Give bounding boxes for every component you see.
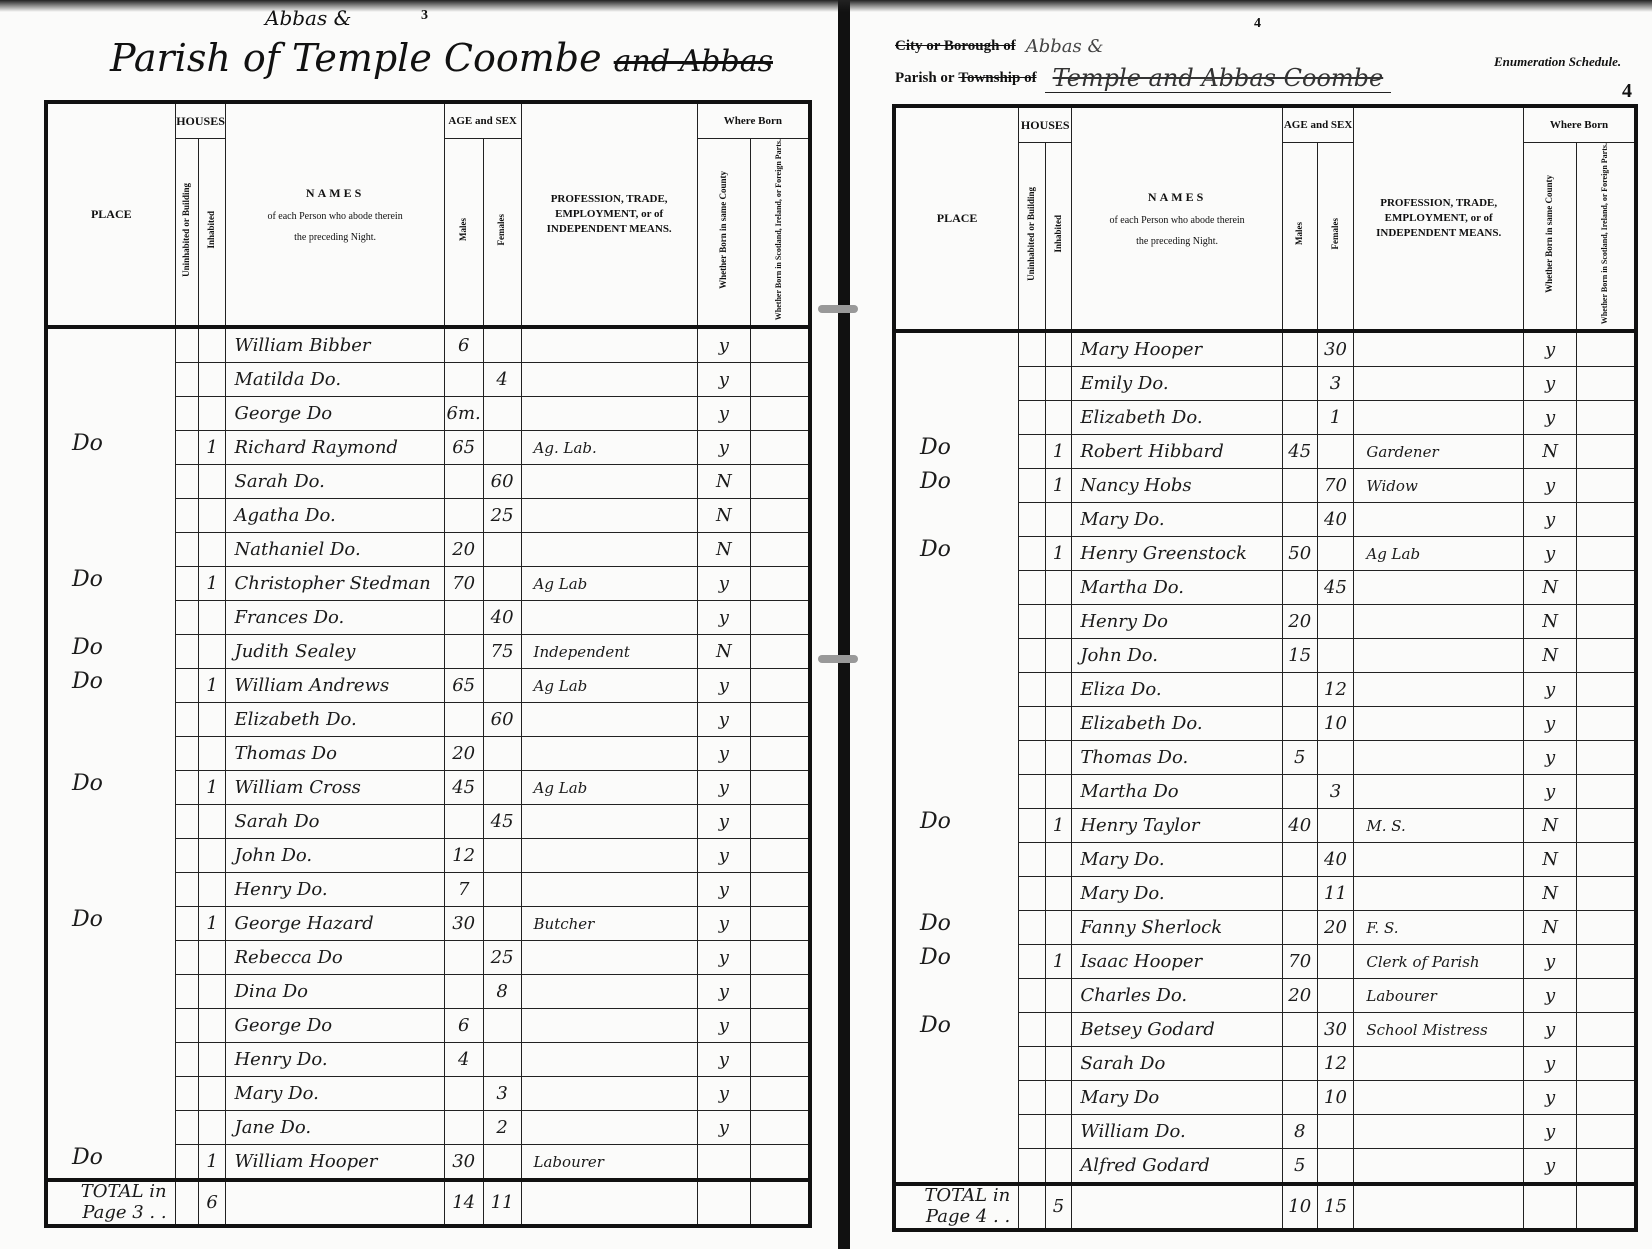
total-inhabited: 5	[1045, 1184, 1072, 1229]
profession-cell	[1354, 673, 1524, 707]
header-names: NAMESof each Person who abode thereinthe…	[1072, 106, 1283, 331]
uninhabited-cell	[175, 327, 198, 363]
born-same-county-cell: y	[1524, 469, 1577, 503]
binding-clip	[818, 655, 858, 663]
born-elsewhere-cell	[1577, 435, 1636, 469]
males-age-cell	[1282, 877, 1317, 911]
census-row: Jane Do.2y	[46, 1111, 810, 1145]
name-cell: Mary Do	[1072, 1081, 1283, 1115]
males-age-cell	[444, 499, 483, 533]
place-cell: Do	[894, 945, 1019, 979]
census-row: Do1Richard Raymond65Ag. Lab.y	[46, 431, 810, 465]
census-row: Do1William Hooper30Labourer	[46, 1145, 810, 1181]
born-elsewhere-cell	[751, 703, 810, 737]
uninhabited-cell	[1019, 673, 1046, 707]
males-age-cell: 20	[444, 737, 483, 771]
uninhabited-cell	[1019, 979, 1046, 1013]
total-females: 15	[1317, 1184, 1354, 1229]
place-cell	[46, 397, 175, 431]
uninhabited-cell	[175, 771, 198, 805]
born-same-county-cell: y	[1524, 741, 1577, 775]
place-cell	[894, 503, 1019, 537]
header-inhabited: Inhabited	[1045, 143, 1072, 332]
place-cell	[46, 1043, 175, 1077]
females-age-cell	[483, 567, 521, 601]
females-age-cell: 40	[1317, 503, 1354, 537]
females-age-cell	[483, 1145, 521, 1181]
uninhabited-cell	[175, 1043, 198, 1077]
name-cell: Isaac Hooper	[1072, 945, 1283, 979]
census-row: Mary Do.3y	[46, 1077, 810, 1111]
born-same-county-cell: y	[1524, 979, 1577, 1013]
females-age-cell	[483, 431, 521, 465]
males-age-cell	[444, 601, 483, 635]
females-age-cell: 12	[1317, 673, 1354, 707]
born-elsewhere-cell	[751, 327, 810, 363]
name-cell: Jane Do.	[226, 1111, 444, 1145]
born-same-county-cell: y	[697, 975, 750, 1009]
census-table-right: PLACE HOUSES NAMESof each Person who abo…	[892, 104, 1638, 1232]
inhabited-cell: 1	[198, 669, 226, 703]
profession-cell: Clerk of Parish	[1354, 945, 1524, 979]
born-elsewhere-cell	[1577, 707, 1636, 741]
females-age-cell	[483, 397, 521, 431]
females-age-cell: 3	[1317, 367, 1354, 401]
city-value: Abbas &	[1026, 36, 1104, 57]
place-cell	[894, 331, 1019, 367]
place-cell	[894, 639, 1019, 673]
inhabited-cell	[198, 1111, 226, 1145]
place-cell	[894, 1081, 1019, 1115]
females-age-cell	[1317, 741, 1354, 775]
name-cell: Sarah Do	[1072, 1047, 1283, 1081]
profession-cell	[521, 499, 697, 533]
place-cell	[46, 327, 175, 363]
inhabited-cell	[198, 1043, 226, 1077]
census-row: Do1Christopher Stedman70Ag Laby	[46, 567, 810, 601]
header-born-elsewhere: Whether Born in Scotland, Ireland, or Fo…	[751, 139, 810, 328]
census-row: Do1Nancy Hobs70Widowy	[894, 469, 1636, 503]
name-cell: Martha Do.	[1072, 571, 1283, 605]
males-age-cell	[1282, 707, 1317, 741]
name-cell: Mary Do.	[1072, 877, 1283, 911]
name-cell: Henry Taylor	[1072, 809, 1283, 843]
place-cell	[46, 1077, 175, 1111]
header-profession: PROFESSION, TRADE, EMPLOYMENT, or of IND…	[1354, 106, 1524, 331]
born-same-county-cell: N	[697, 635, 750, 669]
born-elsewhere-cell	[1577, 809, 1636, 843]
inhabited-cell	[198, 873, 226, 907]
place-cell: Do	[894, 435, 1019, 469]
inhabited-cell	[1045, 331, 1072, 367]
uninhabited-cell	[175, 1111, 198, 1145]
profession-cell: Ag Lab	[1354, 537, 1524, 571]
header-where-born: Where Born	[697, 102, 810, 139]
males-age-cell: 20	[444, 533, 483, 567]
males-age-cell: 70	[1282, 945, 1317, 979]
females-age-cell	[1317, 1115, 1354, 1149]
females-age-cell	[1317, 605, 1354, 639]
header-females: Females	[1317, 143, 1354, 332]
inhabited-cell	[1045, 1115, 1072, 1149]
uninhabited-cell	[1019, 945, 1046, 979]
born-elsewhere-cell	[1577, 673, 1636, 707]
uninhabited-cell	[1019, 1047, 1046, 1081]
males-age-cell	[1282, 1047, 1317, 1081]
males-age-cell	[1282, 571, 1317, 605]
born-same-county-cell: y	[1524, 401, 1577, 435]
females-age-cell	[1317, 945, 1354, 979]
header-where-born: Where Born	[1524, 106, 1636, 143]
place-cell: Do	[894, 469, 1019, 503]
born-same-county-cell: N	[1524, 809, 1577, 843]
name-cell: William Cross	[226, 771, 444, 805]
place-cell	[46, 499, 175, 533]
profession-cell	[1354, 741, 1524, 775]
profession-cell	[521, 465, 697, 499]
name-cell: Emily Do.	[1072, 367, 1283, 401]
total-label-line1: TOTAL in	[48, 1182, 167, 1203]
profession-cell: Ag. Lab.	[521, 431, 697, 465]
total-females: 11	[483, 1180, 521, 1225]
profession-cell: Labourer	[1354, 979, 1524, 1013]
uninhabited-cell	[175, 567, 198, 601]
uninhabited-cell	[175, 533, 198, 567]
place-cell: Do	[46, 635, 175, 669]
uninhabited-cell	[175, 839, 198, 873]
census-row: Do1George Hazard30Butchery	[46, 907, 810, 941]
place-cell: Do	[46, 669, 175, 703]
total-uninhabited	[1019, 1184, 1046, 1229]
females-age-cell: 25	[483, 941, 521, 975]
name-cell: Mary Hooper	[1072, 331, 1283, 367]
uninhabited-cell	[1019, 775, 1046, 809]
born-same-county-cell: y	[1524, 673, 1577, 707]
census-row: Alfred Godard5y	[894, 1149, 1636, 1185]
females-age-cell	[1317, 537, 1354, 571]
names-title: NAMES	[306, 186, 364, 200]
uninhabited-cell	[1019, 1115, 1046, 1149]
females-age-cell	[483, 839, 521, 873]
born-same-county-cell: y	[697, 771, 750, 805]
born-same-county-cell: y	[697, 737, 750, 771]
profession-cell	[1354, 1081, 1524, 1115]
inhabited-cell: 1	[198, 567, 226, 601]
inhabited-cell	[198, 805, 226, 839]
profession-cell	[521, 601, 697, 635]
census-row: Eliza Do.12y	[894, 673, 1636, 707]
born-same-county-cell: y	[697, 601, 750, 635]
profession-cell	[1354, 503, 1524, 537]
females-age-cell	[483, 327, 521, 363]
parish-value: Temple and Abbas Coombe	[1045, 64, 1392, 93]
born-same-county-cell: y	[1524, 1115, 1577, 1149]
females-age-cell: 10	[1317, 707, 1354, 741]
females-age-cell	[483, 873, 521, 907]
profession-cell: Ag Lab	[521, 567, 697, 601]
males-age-cell	[444, 805, 483, 839]
born-same-county-cell: y	[697, 1111, 750, 1145]
parish-label-b: Township of	[958, 70, 1036, 87]
born-same-county-cell: y	[1524, 1081, 1577, 1115]
profession-cell	[1354, 639, 1524, 673]
census-row: Sarah Do.60N	[46, 465, 810, 499]
males-age-cell	[1282, 843, 1317, 877]
census-row: Henry Do20N	[894, 605, 1636, 639]
inhabited-cell	[198, 1009, 226, 1043]
place-cell	[894, 401, 1019, 435]
born-same-county-cell: N	[697, 499, 750, 533]
males-age-cell: 7	[444, 873, 483, 907]
profession-cell	[521, 941, 697, 975]
born-same-county-cell: y	[1524, 503, 1577, 537]
name-cell: Sarah Do	[226, 805, 444, 839]
born-elsewhere-cell	[1577, 1047, 1636, 1081]
left-page-title: Abbas & Parish of Temple Coombe and Abba…	[110, 36, 773, 80]
census-row: George Do6y	[46, 1009, 810, 1043]
inhabited-cell	[1045, 401, 1072, 435]
profession-cell	[1354, 877, 1524, 911]
place-cell	[46, 805, 175, 839]
uninhabited-cell	[175, 1077, 198, 1111]
females-age-cell: 60	[483, 465, 521, 499]
born-same-county-cell: y	[697, 1043, 750, 1077]
profession-cell	[521, 737, 697, 771]
name-cell: George Hazard	[226, 907, 444, 941]
born-elsewhere-cell	[1577, 503, 1636, 537]
place-cell	[46, 975, 175, 1009]
header-inhabited: Inhabited	[198, 139, 226, 328]
profession-cell: Ag Lab	[521, 669, 697, 703]
inhabited-cell	[198, 839, 226, 873]
inhabited-cell	[1045, 741, 1072, 775]
born-same-county-cell: y	[697, 397, 750, 431]
name-cell: Rebecca Do	[226, 941, 444, 975]
born-elsewhere-cell	[1577, 979, 1636, 1013]
born-same-county-cell: N	[1524, 877, 1577, 911]
born-elsewhere-cell	[751, 873, 810, 907]
census-row: Do1William Cross45Ag Laby	[46, 771, 810, 805]
uninhabited-cell	[1019, 1013, 1046, 1047]
females-age-cell: 20	[1317, 911, 1354, 945]
place-cell: Do	[46, 771, 175, 805]
males-age-cell	[1282, 673, 1317, 707]
header-age-sex: AGE and SEX	[444, 102, 521, 139]
name-cell: Elizabeth Do.	[1072, 707, 1283, 741]
title-place: Temple Coombe	[292, 36, 602, 80]
born-same-county-cell: y	[697, 703, 750, 737]
place-cell	[46, 839, 175, 873]
males-age-cell	[1282, 367, 1317, 401]
header-uninhabited: Uninhabited or Building	[175, 139, 198, 328]
place-cell	[46, 703, 175, 737]
profession-cell	[1354, 1149, 1524, 1185]
born-elsewhere-cell	[751, 771, 810, 805]
inhabited-cell	[198, 533, 226, 567]
name-cell: Henry Do.	[226, 873, 444, 907]
born-elsewhere-cell	[1577, 571, 1636, 605]
census-row: Matilda Do.4y	[46, 363, 810, 397]
males-age-cell	[1282, 401, 1317, 435]
born-elsewhere-cell	[1577, 639, 1636, 673]
uninhabited-cell	[1019, 537, 1046, 571]
place-cell	[894, 1115, 1019, 1149]
profession-cell	[521, 397, 697, 431]
females-age-cell: 10	[1317, 1081, 1354, 1115]
header-place: PLACE	[46, 102, 175, 327]
males-age-cell: 70	[444, 567, 483, 601]
uninhabited-cell	[175, 737, 198, 771]
females-age-cell: 40	[483, 601, 521, 635]
census-row: Do1Henry Taylor40M. S.N	[894, 809, 1636, 843]
males-age-cell	[1282, 911, 1317, 945]
place-cell: Do	[46, 567, 175, 601]
census-table-left: PLACE HOUSES NAMESof each Person who abo…	[44, 100, 812, 1228]
uninhabited-cell	[1019, 707, 1046, 741]
place-cell	[894, 843, 1019, 877]
born-elsewhere-cell	[1577, 1013, 1636, 1047]
born-elsewhere-cell	[751, 1111, 810, 1145]
census-row: DoBetsey Godard30School Mistressy	[894, 1013, 1636, 1047]
census-row: William Bibber6y	[46, 327, 810, 363]
total-row: TOTAL inPage 4 . .51015	[894, 1184, 1636, 1229]
born-elsewhere-cell	[1577, 367, 1636, 401]
born-elsewhere-cell	[751, 975, 810, 1009]
born-same-county-cell: y	[697, 327, 750, 363]
header-age-sex: AGE and SEX	[1282, 106, 1354, 143]
place-cell	[894, 605, 1019, 639]
females-age-cell: 70	[1317, 469, 1354, 503]
born-same-county-cell: y	[697, 907, 750, 941]
born-elsewhere-cell	[1577, 741, 1636, 775]
total-names	[226, 1180, 444, 1225]
females-age-cell: 45	[1317, 571, 1354, 605]
census-row: Sarah Do12y	[894, 1047, 1636, 1081]
born-elsewhere-cell	[1577, 945, 1636, 979]
born-elsewhere-cell	[1577, 775, 1636, 809]
inhabited-cell	[1045, 707, 1072, 741]
uninhabited-cell	[1019, 1081, 1046, 1115]
inhabited-cell	[1045, 911, 1072, 945]
born-same-county-cell: y	[697, 363, 750, 397]
inhabited-cell	[198, 703, 226, 737]
born-elsewhere-cell	[751, 465, 810, 499]
place-cell	[46, 363, 175, 397]
uninhabited-cell	[175, 635, 198, 669]
born-elsewhere-cell	[751, 601, 810, 635]
males-age-cell	[444, 465, 483, 499]
inhabited-cell: 1	[198, 907, 226, 941]
females-age-cell: 75	[483, 635, 521, 669]
inhabited-cell: 1	[1045, 809, 1072, 843]
males-age-cell: 30	[444, 1145, 483, 1181]
born-elsewhere-cell	[1577, 1081, 1636, 1115]
uninhabited-cell	[175, 941, 198, 975]
place-cell	[46, 533, 175, 567]
uninhabited-cell	[175, 1145, 198, 1181]
born-elsewhere-cell	[1577, 537, 1636, 571]
born-same-county-cell: y	[1524, 331, 1577, 367]
born-elsewhere-cell	[751, 397, 810, 431]
males-age-cell	[1282, 503, 1317, 537]
born-same-county-cell: N	[1524, 843, 1577, 877]
born-elsewhere-cell	[751, 907, 810, 941]
inhabited-cell: 1	[1045, 537, 1072, 571]
names-sub2: the preceding Night.	[294, 232, 376, 243]
inhabited-cell	[1045, 367, 1072, 401]
born-elsewhere-cell	[1577, 1149, 1636, 1185]
profession-cell	[521, 703, 697, 737]
profession-cell	[521, 975, 697, 1009]
uninhabited-cell	[175, 363, 198, 397]
total-names	[1072, 1184, 1283, 1229]
uninhabited-cell	[1019, 571, 1046, 605]
title-insertion: Abbas &	[265, 6, 351, 30]
born-elsewhere-cell	[751, 635, 810, 669]
born-same-county-cell: y	[1524, 1047, 1577, 1081]
males-age-cell: 20	[1282, 979, 1317, 1013]
name-cell: Henry Do	[1072, 605, 1283, 639]
inhabited-cell	[1045, 1013, 1072, 1047]
born-elsewhere-cell	[1577, 843, 1636, 877]
females-age-cell: 12	[1317, 1047, 1354, 1081]
place-cell	[894, 1047, 1019, 1081]
census-row: Thomas Do.5y	[894, 741, 1636, 775]
born-same-county-cell: y	[697, 1009, 750, 1043]
males-age-cell: 65	[444, 431, 483, 465]
place-cell	[894, 775, 1019, 809]
census-row: Thomas Do20y	[46, 737, 810, 771]
males-age-cell	[444, 975, 483, 1009]
place-cell	[46, 601, 175, 635]
inhabited-cell	[198, 941, 226, 975]
binding-clip	[818, 305, 858, 313]
census-row: Charles Do.20Labourery	[894, 979, 1636, 1013]
born-same-county-cell: y	[697, 805, 750, 839]
born-same-county-cell: y	[1524, 707, 1577, 741]
uninhabited-cell	[175, 805, 198, 839]
profession-cell	[1354, 1115, 1524, 1149]
census-row: Dina Do8y	[46, 975, 810, 1009]
inhabited-cell	[198, 737, 226, 771]
inhabited-cell	[198, 1077, 226, 1111]
born-elsewhere-cell	[751, 839, 810, 873]
name-cell: Judith Sealey	[226, 635, 444, 669]
inhabited-cell	[198, 635, 226, 669]
total-row: TOTAL inPage 3 . .61411	[46, 1180, 810, 1225]
uninhabited-cell	[175, 975, 198, 1009]
born-elsewhere-cell	[1577, 605, 1636, 639]
names-sub1: of each Person who abode therein	[267, 211, 402, 222]
place-cell: Do	[46, 907, 175, 941]
uninhabited-cell	[175, 431, 198, 465]
header-born-elsewhere: Whether Born in Scotland, Ireland, or Fo…	[1577, 143, 1636, 332]
females-age-cell	[1317, 809, 1354, 843]
total-males: 14	[444, 1180, 483, 1225]
name-cell: William Andrews	[226, 669, 444, 703]
females-age-cell	[483, 771, 521, 805]
uninhabited-cell	[1019, 367, 1046, 401]
born-elsewhere-cell	[751, 1077, 810, 1111]
name-cell: Agatha Do.	[226, 499, 444, 533]
profession-cell: Ag Lab	[521, 771, 697, 805]
inhabited-cell	[1045, 1047, 1072, 1081]
males-age-cell	[444, 635, 483, 669]
born-elsewhere-cell	[751, 1145, 810, 1181]
inhabited-cell	[198, 601, 226, 635]
males-age-cell: 6m.	[444, 397, 483, 431]
name-cell: William Bibber	[226, 327, 444, 363]
